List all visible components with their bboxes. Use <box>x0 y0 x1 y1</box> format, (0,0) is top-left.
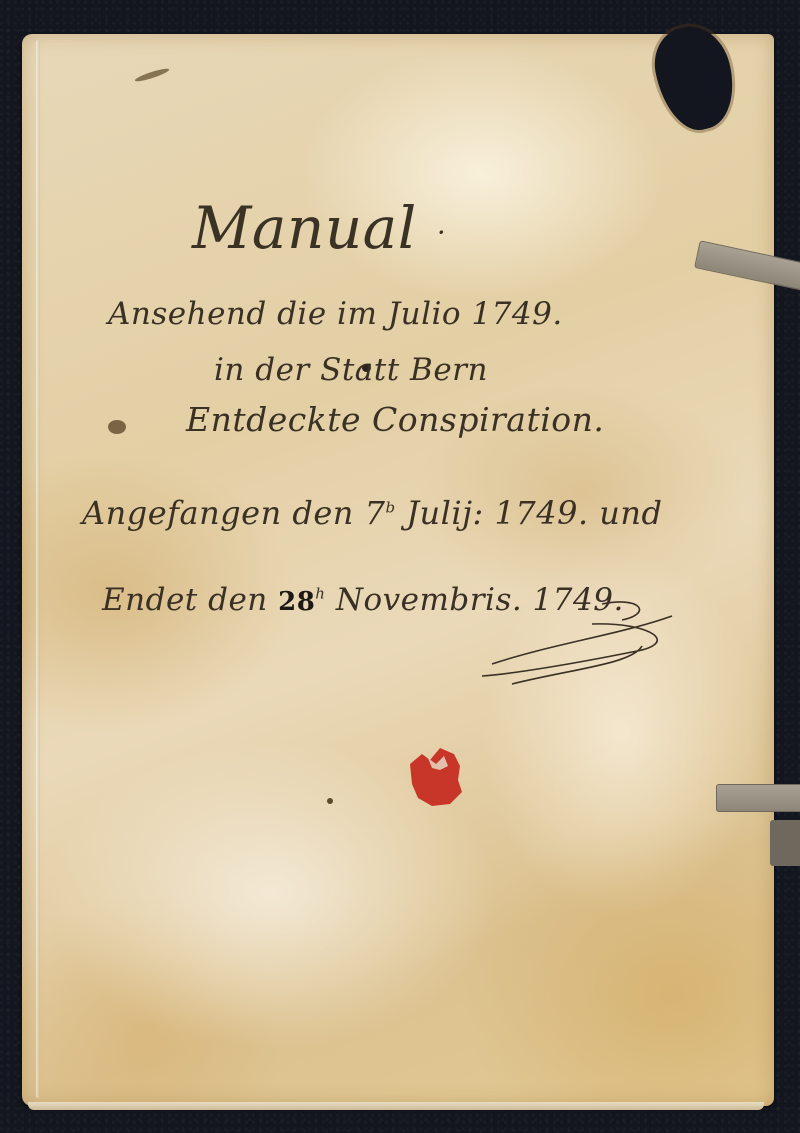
wax-seal <box>406 746 464 808</box>
signature-flourish <box>452 594 682 694</box>
cover-inscription: Manual· Ansehend die im Julio 1749. in d… <box>22 34 774 1106</box>
manuscript-cover: Manual· Ansehend die im Julio 1749. in d… <box>22 34 774 1106</box>
lower-tie-ribbon <box>716 784 800 812</box>
inscription-line-2: in der Statt Bern <box>214 352 488 388</box>
start-date-prefix: Angefangen den 7 <box>82 494 385 532</box>
document-title: Manual· <box>192 194 446 262</box>
title-dot: · <box>437 216 446 249</box>
end-date-day: 28 <box>278 587 315 617</box>
inscription-line-4: Angefangen den 7b Julij: 1749. und <box>82 494 662 532</box>
end-date-prefix: Endet den <box>102 582 278 618</box>
inscription-line-3: Entdeckte Conspiration. <box>186 400 604 439</box>
start-date-ordinal: b <box>385 498 395 516</box>
title-text: Manual <box>192 194 417 262</box>
end-date-ordinal: h <box>315 585 325 603</box>
inscription-line-1: Ansehend die im Julio 1749. <box>108 296 563 332</box>
lower-tie-ribbon-tail <box>770 820 800 866</box>
start-date-suffix: Julij: 1749. und <box>396 494 663 532</box>
